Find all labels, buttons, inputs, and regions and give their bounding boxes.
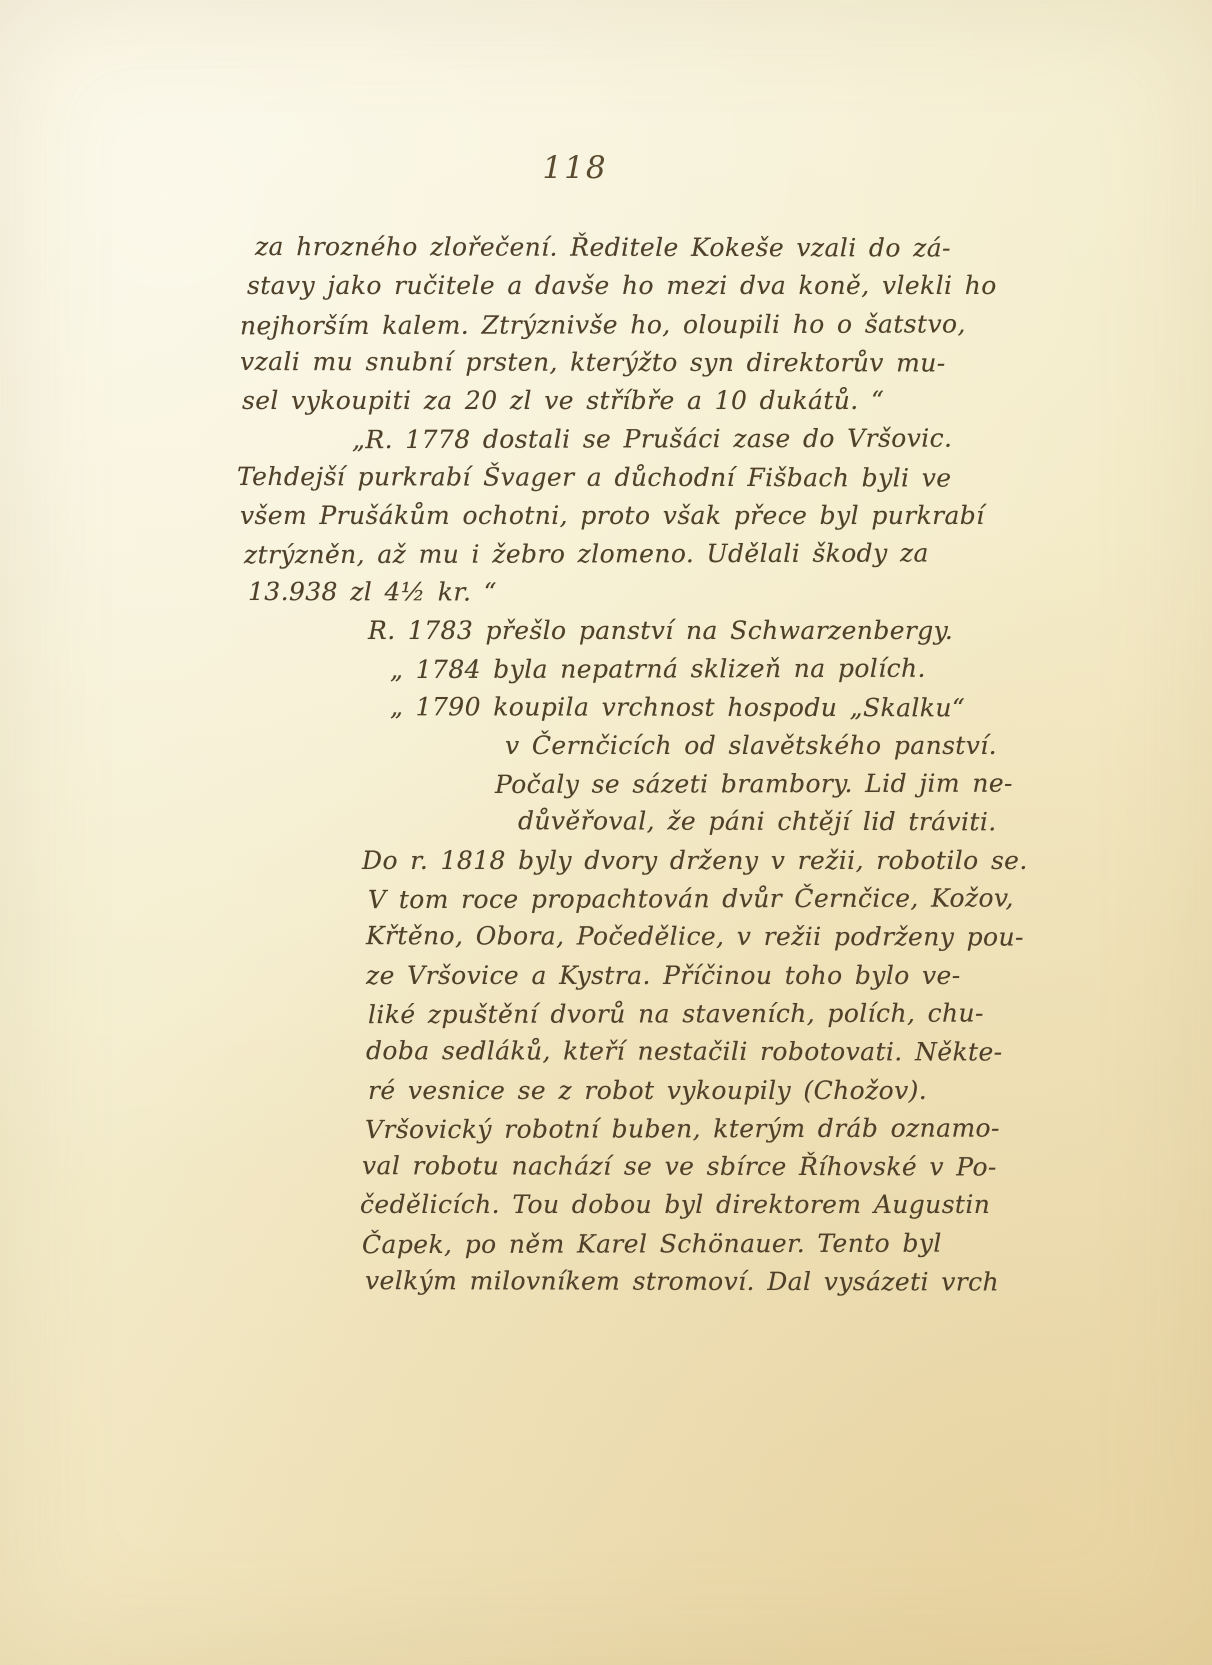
handwritten-line: „ 1784 byla nepatrná sklizeň na polích. (390, 649, 1212, 689)
handwritten-line: val robotu nachází se ve sbírce Říhovské… (362, 1147, 1212, 1187)
handwritten-line: ze Vršovice a Kystra. Příčinou toho bylo… (366, 957, 1212, 995)
handwritten-line: Tehdejší purkrabí Švager a důchodní Fišb… (237, 458, 1212, 498)
handwritten-line: „ 1790 koupila vrchnost hospodu „Skalku“ (390, 688, 1212, 728)
handwritten-line: ré vesnice se z robot vykoupily (Chožov)… (368, 1072, 1212, 1110)
handwritten-line: velkým milovníkem stromoví. Dal vysázeti… (365, 1262, 1212, 1302)
handwritten-line: „R. 1778 dostali se Prušáci zase do Vršo… (352, 419, 1212, 460)
handwritten-line: R. 1783 přešlo panství na Schwarzenbergy… (368, 612, 1212, 650)
handwritten-line: Čapek, po něm Karel Schönauer. Tento byl (362, 1224, 1212, 1265)
handwritten-line: Počaly se sázeti brambory. Lid jim ne- (495, 764, 1212, 804)
handwritten-line: doba sedláků, kteří nestačili robotovati… (366, 1032, 1212, 1072)
handwritten-line: liké zpuštění dvorů na staveních, polích… (368, 994, 1212, 1035)
handwritten-line: stavy jako ručitele a davše ho mezi dva … (247, 267, 1212, 305)
handwritten-line: Křtěno, Obora, Počedělice, v režii podrž… (366, 917, 1212, 957)
manuscript-page: 118 za hrozného zlořečení. Ředitele Koke… (0, 0, 1212, 1665)
handwritten-line: důvěřoval, že páni chtějí lid tráviti. (518, 803, 1212, 843)
handwritten-line: sel vykoupiti za 20 zl ve stříbře a 10 d… (242, 382, 1212, 420)
handwritten-line: 13.938 zl 4½ kr. “ (248, 573, 1212, 613)
handwritten-line: Vršovický robotní buben, kterým dráb ozn… (365, 1109, 1212, 1150)
handwritten-line: Do r. 1818 byly dvory drženy v režii, ro… (362, 842, 1212, 880)
handwritten-line: V tom roce propachtován dvůr Černčice, K… (368, 879, 1212, 920)
handwritten-line: vzali mu snubní prsten, kterýžto syn dir… (240, 343, 1212, 383)
handwritten-line: v Černčicích od slavětského panství. (505, 727, 1212, 765)
handwritten-text: za hrozného zlořečení. Ředitele Kokeše v… (0, 229, 1212, 1301)
handwritten-line: nejhorším kalem. Ztrýznivše ho, oloupili… (240, 304, 1212, 345)
handwritten-line: čedělicích. Tou dobou byl direktorem Aug… (360, 1186, 1212, 1224)
page-number: 118 (0, 150, 1150, 186)
handwritten-line: ztrýzněn, až mu i žebro zlomeno. Udělali… (244, 534, 1212, 575)
handwritten-line: za hrozného zlořečení. Ředitele Kokeše v… (255, 228, 1212, 268)
handwritten-line: všem Prušákům ochotni, proto však přece … (240, 497, 1212, 535)
